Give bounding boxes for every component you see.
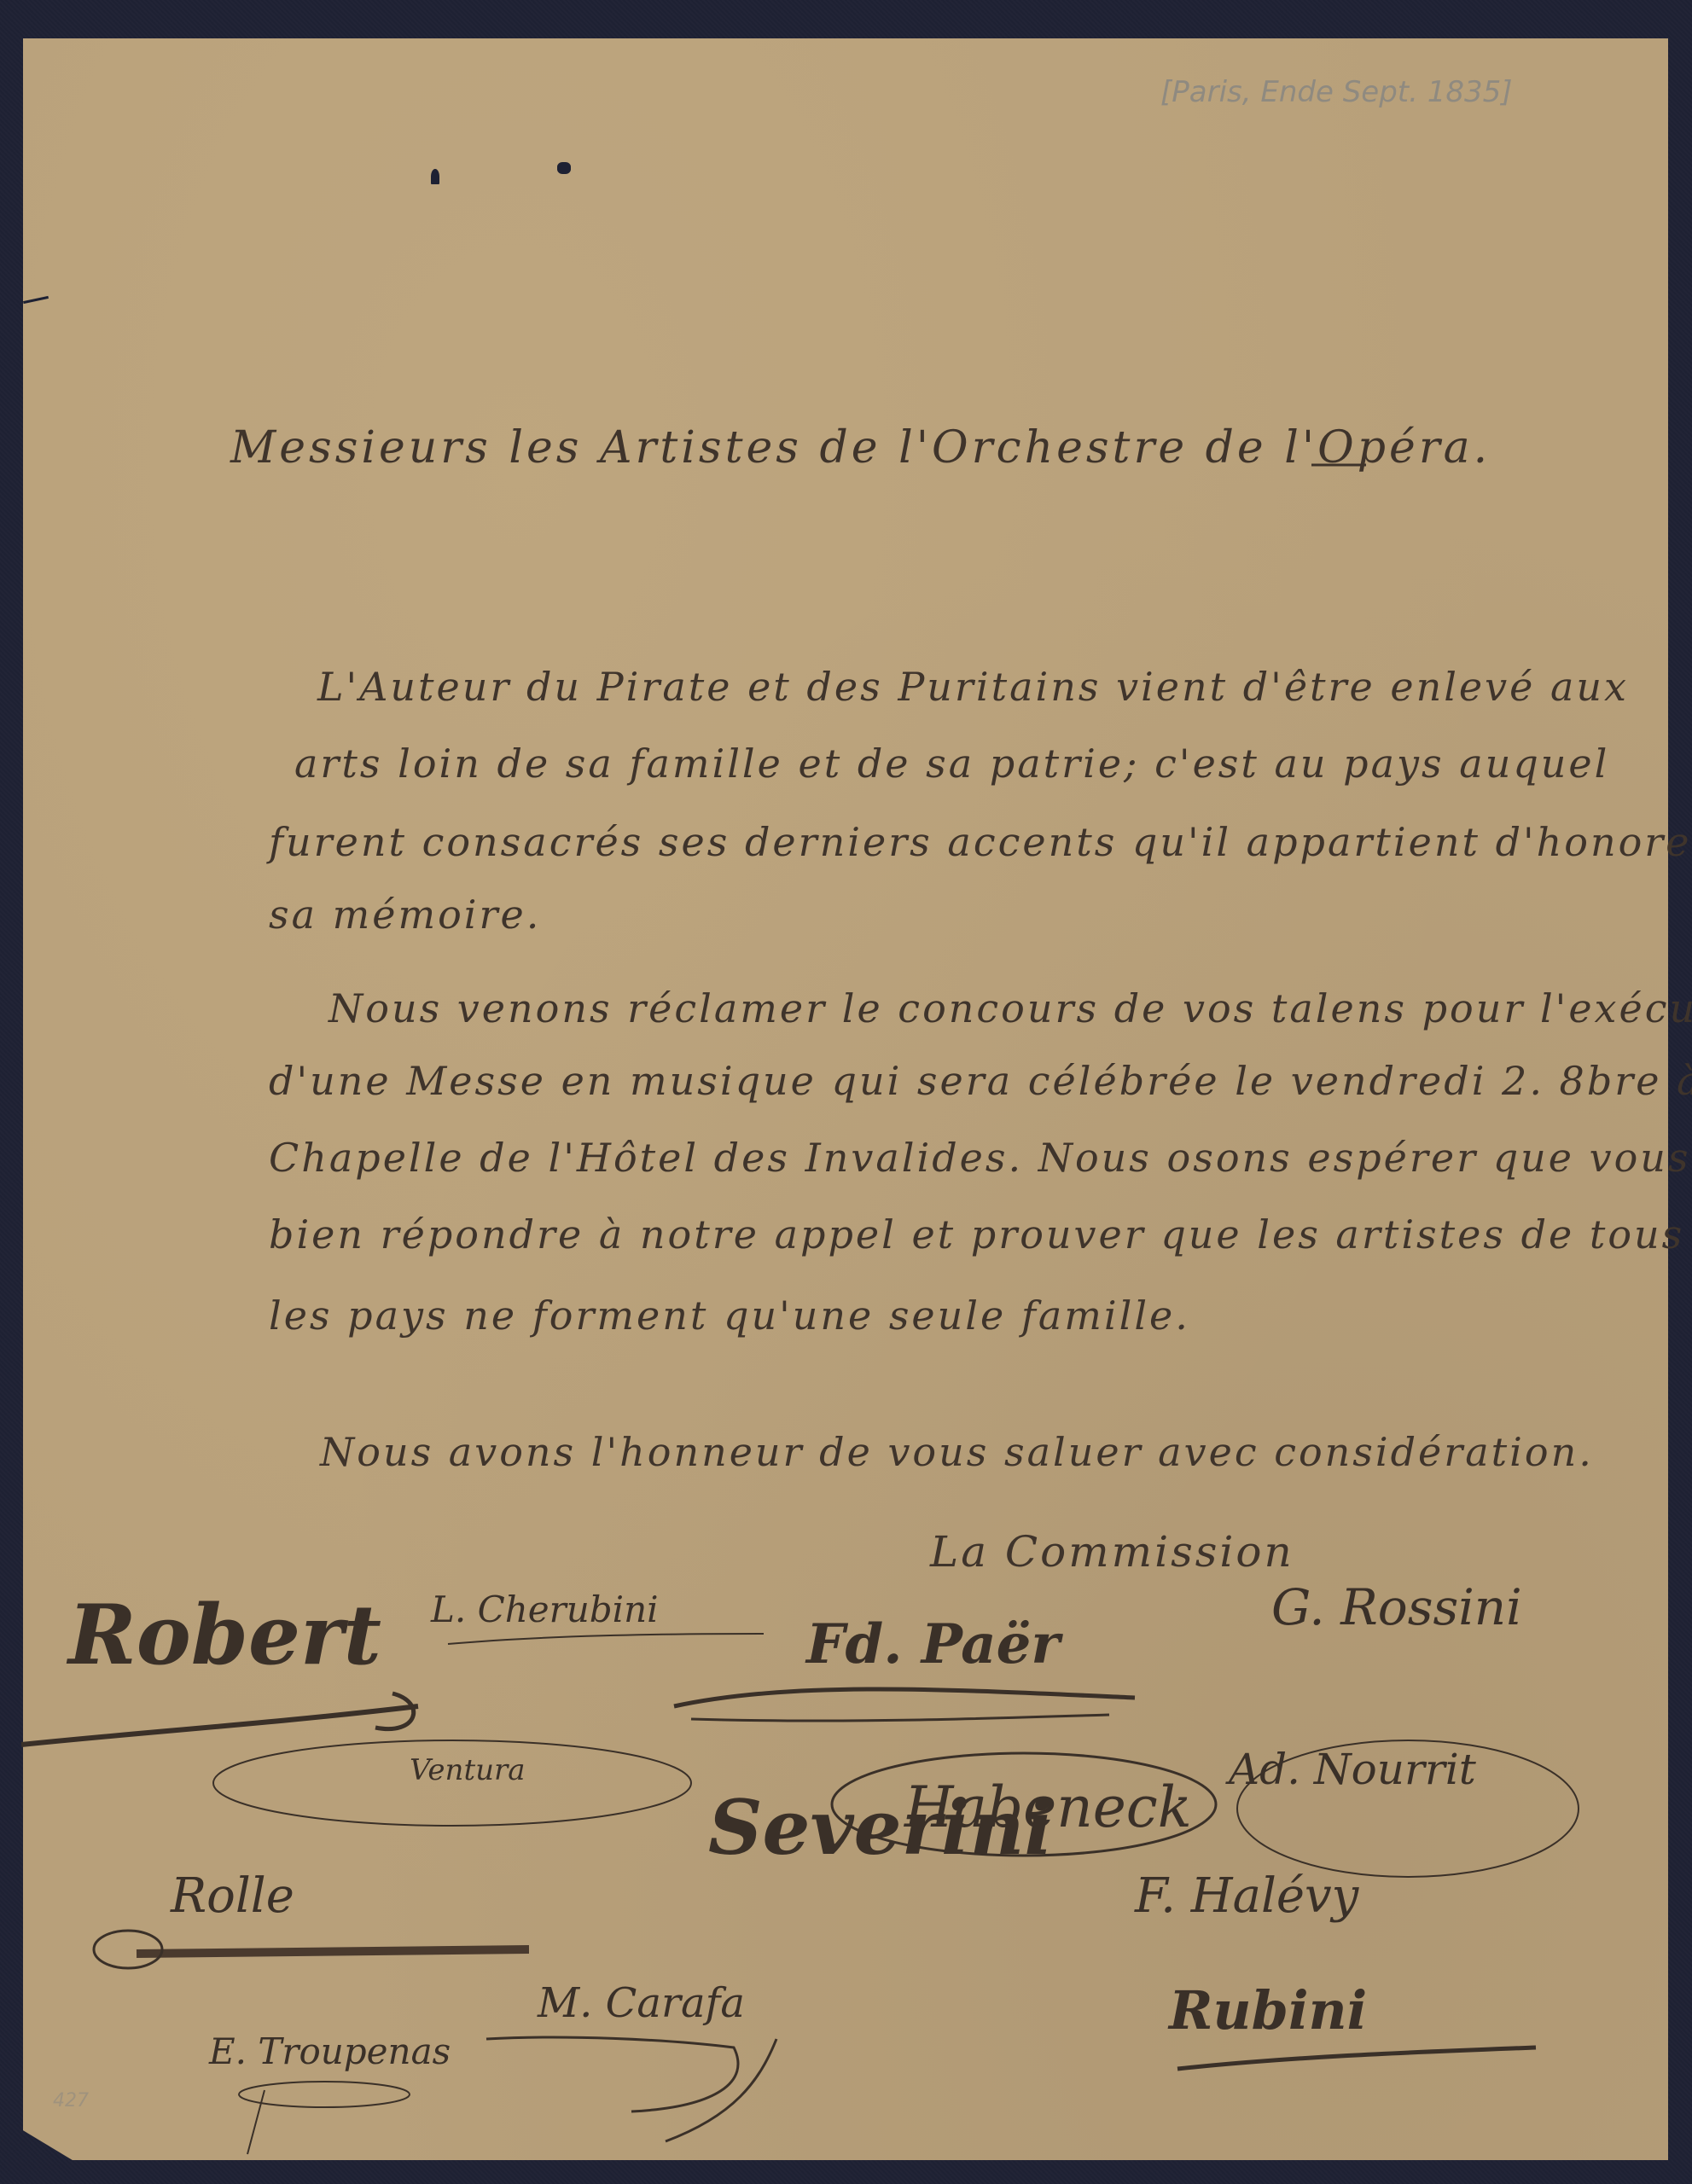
signature-flourish <box>666 1672 1143 1732</box>
signature-rolle: Rolle <box>171 1868 294 1924</box>
letter-line: furent consacrés ses derniers accents qu… <box>269 819 1692 865</box>
archive-mark: 427 <box>53 2090 89 2111</box>
pencil-date-annotation: [Paris, Ende Sept. 1835] <box>1160 75 1513 109</box>
signature-paer: Fd. Paër <box>806 1612 1060 1676</box>
letter-line: Chapelle de l'Hôtel des Invalides. Nous … <box>269 1135 1692 1181</box>
paper-hole <box>23 296 49 304</box>
letter-line: Nous avons l'honneur de vous saluer avec… <box>320 1429 1594 1475</box>
signature-flourish <box>85 1920 529 1971</box>
signature-robert: Robert <box>68 1587 381 1683</box>
letter-line: bien répondre à notre appel et prouver q… <box>269 1211 1684 1258</box>
letter-line: arts loin de sa famille et de sa patrie;… <box>294 741 1609 787</box>
signature-flourish <box>1169 2043 1544 2077</box>
letter-line: les pays ne forment qu'une seule famille… <box>269 1292 1190 1339</box>
letter-line: sa mémoire. <box>269 892 541 938</box>
underline-flourish <box>1310 461 1369 469</box>
letter-line: Nous venons réclamer le concours de vos … <box>329 985 1692 1031</box>
paper-hole <box>431 169 439 184</box>
closing-commission: La Commission <box>930 1527 1294 1577</box>
signature-rubini: Rubini <box>1169 1979 1367 2042</box>
letter-line: d'une Messe en musique qui sera célébrée… <box>269 1058 1692 1104</box>
signature-troupenas: E. Troupenas <box>209 2030 451 2072</box>
signature-severini: Severini <box>708 1783 1053 1872</box>
signature-flourish <box>444 1625 768 1651</box>
signature-carafa: M. Carafa <box>538 1979 745 2027</box>
salutation: Messieurs les Artistes de l'Orchestre de… <box>230 422 1491 473</box>
paper-hole <box>557 162 571 174</box>
signature-flourish <box>230 2073 418 2158</box>
signature-cherubini: L. Cherubini <box>431 1589 659 1630</box>
letter-line: L'Auteur du Pirate et des Puritains vien… <box>317 664 1629 710</box>
signature-halevy: F. Halévy <box>1135 1868 1358 1924</box>
signature-flourish <box>196 1732 708 1851</box>
signature-flourish <box>478 2030 802 2150</box>
signature-rossini: G. Rossini <box>1271 1578 1522 1636</box>
